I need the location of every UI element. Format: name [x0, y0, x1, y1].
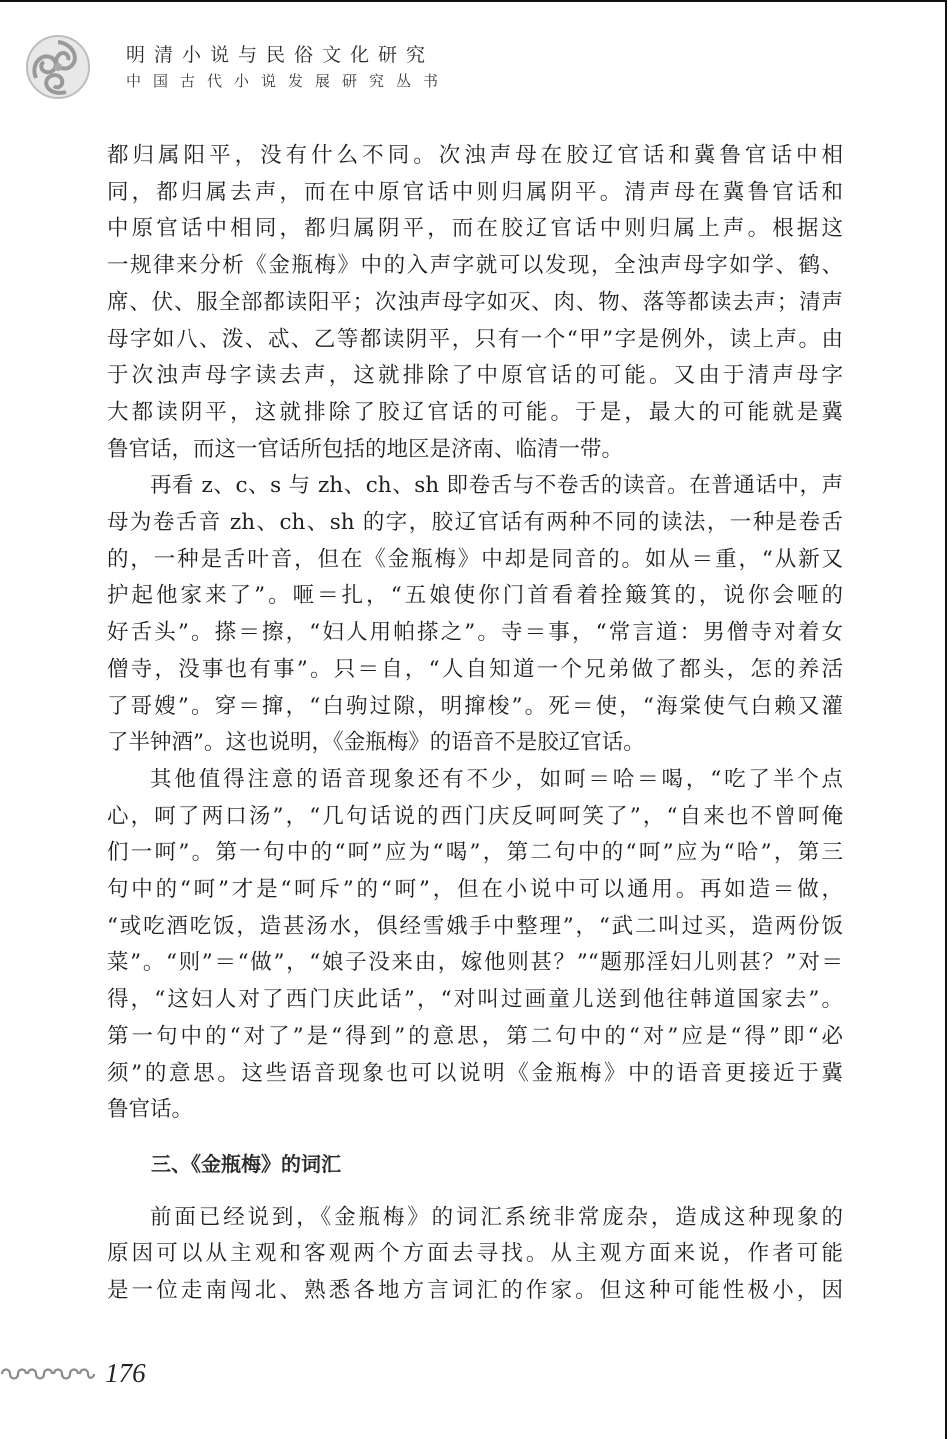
text-line: 其他值得注意的语音现象还有不少，如呵＝哈＝喝，“吃了半个点 — [107, 762, 843, 799]
series-subtitle: 中国古代小说发展研究丛书 — [126, 70, 450, 91]
swirl-medallion-icon — [22, 34, 94, 100]
text-line: 句中的“呵”才是“呵斥”的“呵”，但在小说中可以通用。再如造＝做， — [107, 872, 843, 909]
text-line: 得，“这妇人对了西门庆此话”，“对叫过画童儿送到他往韩道国家去”。 — [107, 982, 843, 1019]
text-line: 们一呵”。第一句中的“呵”应为“喝”，第二句中的“呵”应为“哈”，第三 — [107, 835, 843, 872]
text-line: 了半钟酒”。这也说明，《金瓶梅》的语音不是胶辽官话。 — [107, 725, 843, 762]
paragraph-1: 都归属阳平，没有什么不同。次浊声母在胶辽官话和冀鲁官话中相 同，都归属去声，而在… — [107, 138, 843, 468]
paragraph-2: 再看 z、c、s 与 zh、ch、sh 即卷舌与不卷舌的读音。在普通话中，声 母… — [107, 468, 843, 762]
text-line: 母字如八、泼、忒、乙等都读阴平，只有一个“甲”字是例外，读上声。由 — [107, 322, 843, 359]
page-footer: 176 — [0, 1358, 146, 1392]
page-number: 176 — [105, 1358, 146, 1389]
page-body: 都归属阳平，没有什么不同。次浊声母在胶辽官话和冀鲁官话中相 同，都归属去声，而在… — [107, 138, 843, 1310]
text-line: 母为卷舌音 zh、ch、sh 的字，胶辽官话有两种不同的读法，一种是卷舌 — [107, 505, 843, 542]
paragraph-4: 前面已经说到，《金瓶梅》的词汇系统非常庞杂，造成这种现象的 原因可以从主观和客观… — [107, 1200, 843, 1310]
text-line: 中原官话中相同，都归属阴平，而在胶辽官话中则归属上声。根据这 — [107, 211, 843, 248]
text-line: 原因可以从主观和客观两个方面去寻找。从主观方面来说，作者可能 — [107, 1236, 843, 1273]
text-line: 护起他家来了”。咂＝扎，“五娘使你门首看着拴簸箕的，说你会咂的 — [107, 578, 843, 615]
text-line: 心，呵了两口汤”，“几句话说的西门庆反呵呵笑了”，“自来也不曾呵俺 — [107, 799, 843, 836]
text-line: 菜”。“则”＝“做”，“娘子没来由，嫁他则甚？”“题那淫妇儿则甚？”对＝ — [107, 945, 843, 982]
text-line: 鲁官话，而这一官话所包括的地区是济南、临清一带。 — [107, 432, 843, 469]
text-line: 席、伏、服全部都读阳平；次浊声母字如灭、肉、物、落等都读去声；清声 — [107, 285, 843, 322]
text-line: 的，一种是舌叶音，但在《金瓶梅》中却是同音的。如从＝重，“从新又 — [107, 542, 843, 579]
series-title: 明清小说与民俗文化研究 — [126, 40, 434, 67]
text-line: “或吃酒吃饭，造甚汤水，俱经雪娥手中整理”，“武二叫过买，造两份饭 — [107, 909, 843, 946]
text-line: 于次浊声母字读去声，这就排除了中原官话的可能。又由于清声母字 — [107, 358, 843, 395]
text-line: 僧寺，没事也有事”。只＝自，“人自知道一个兄弟做了都头，怎的养活 — [107, 652, 843, 689]
section-heading: 三、《金瓶梅》的词汇 — [107, 1146, 843, 1183]
text-line: 第一句中的“对了”是“得到”的意思，第二句中的“对”应是“得”即“必 — [107, 1019, 843, 1056]
text-line: 前面已经说到，《金瓶梅》的词汇系统非常庞杂，造成这种现象的 — [107, 1200, 843, 1237]
text-line: 再看 z、c、s 与 zh、ch、sh 即卷舌与不卷舌的读音。在普通话中，声 — [107, 468, 843, 505]
text-line: 须”的意思。这些语音现象也可以说明《金瓶梅》中的语音更接近于冀 — [107, 1056, 843, 1093]
scroll-ornament-icon — [0, 1365, 96, 1383]
text-line: 一规律来分析《金瓶梅》中的入声字就可以发现，全浊声母字如学、鹤、 — [107, 248, 843, 285]
text-line: 大都读阴平，这就排除了胶辽官话的可能。于是，最大的可能就是冀 — [107, 395, 843, 432]
text-line: 了哥嫂”。穿＝撺，“白驹过隙，明撺梭”。死＝使，“海棠使气白赖又灌 — [107, 689, 843, 726]
text-line: 都归属阳平，没有什么不同。次浊声母在胶辽官话和冀鲁官话中相 — [107, 138, 843, 175]
text-line: 鲁官话。 — [107, 1092, 843, 1129]
text-line: 同，都归属去声，而在中原官话中则归属阴平。清声母在冀鲁官话和 — [107, 175, 843, 212]
paragraph-3: 其他值得注意的语音现象还有不少，如呵＝哈＝喝，“吃了半个点 心，呵了两口汤”，“… — [107, 762, 843, 1129]
text-line: 是一位走南闯北、熟悉各地方言词汇的作家。但这种可能性极小，因 — [107, 1273, 843, 1310]
running-header: 明清小说与民俗文化研究 中国古代小说发展研究丛书 — [22, 30, 622, 110]
text-line: 好舌头”。搽＝擦，“妇人用帕搽之”。寺＝事，“常言道：男僧寺对着女 — [107, 615, 843, 652]
